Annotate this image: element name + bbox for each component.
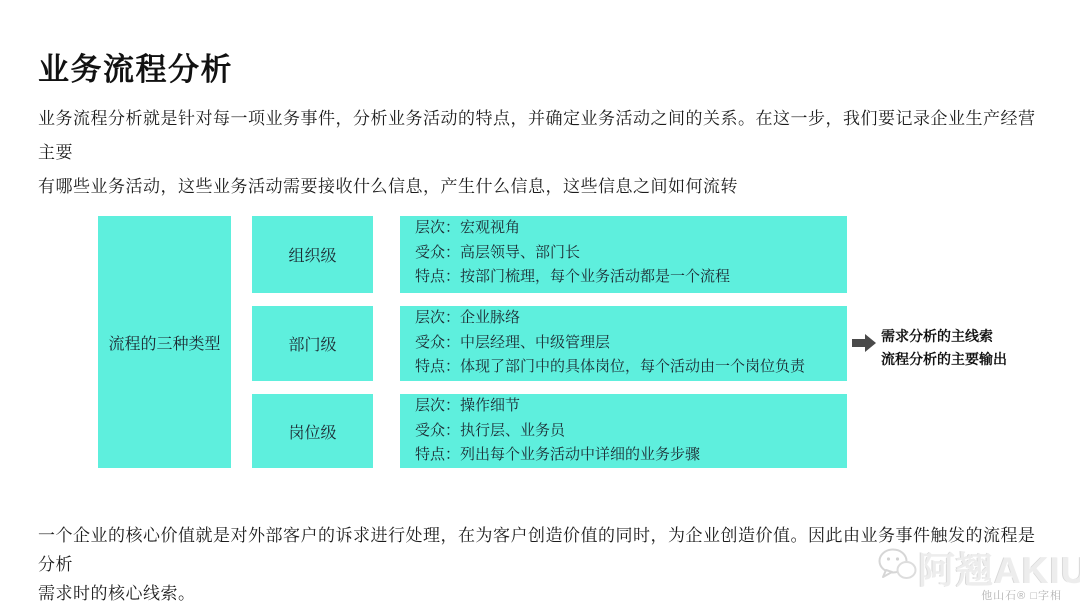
right-block-arrow-icon: [852, 334, 876, 352]
diagram-root-box: 流程的三种类型: [98, 216, 231, 468]
detail-line-feature: 特点：列出每个业务活动中详细的业务步骤: [415, 443, 700, 468]
diagram-level-box-department: 部门级: [252, 306, 373, 381]
diagram-root-label: 流程的三种类型: [108, 331, 220, 354]
watermark-brand: 阿翘AKIU: [918, 540, 1080, 594]
detail-line-level: 层次：企业脉络: [415, 306, 520, 331]
intro-paragraph: 业务流程分析就是针对每一项业务事件，分析业务活动的特点，并确定业务活动之间的关系…: [38, 102, 1048, 204]
diagram-detail-box-position: 层次：操作细节 受众：执行层、业务员 特点：列出每个业务活动中详细的业务步骤: [400, 394, 847, 468]
detail-line-audience: 受众：中层经理、中级管理层: [415, 331, 610, 356]
detail-line-level: 层次：宏观视角: [415, 216, 520, 241]
detail-line-feature: 特点：按部门梳理，每个业务活动都是一个流程: [415, 265, 730, 290]
watermark-credit: 他山石® □字相: [981, 587, 1062, 603]
diagram-detail-box-department: 层次：企业脉络 受众：中层经理、中级管理层 特点：体现了部门中的具体岗位，每个活…: [400, 306, 847, 381]
diagram-level-label: 组织级: [288, 243, 336, 266]
detail-line-level: 层次：操作细节: [415, 394, 520, 419]
output-note-line-2: 流程分析的主要输出: [881, 348, 1007, 371]
diagram-level-box-position: 岗位级: [252, 394, 373, 468]
detail-line-audience: 受众：执行层、业务员: [415, 419, 565, 444]
output-note-line-1: 需求分析的主线索: [881, 325, 1007, 348]
detail-line-feature: 特点：体现了部门中的具体岗位，每个活动由一个岗位负责: [415, 355, 805, 380]
presentation-slide: 业务流程分析 业务流程分析就是针对每一项业务事件，分析业务活动的特点，并确定业务…: [0, 0, 1080, 608]
detail-line-audience: 受众：高层领导、部门长: [415, 241, 580, 266]
intro-line-2: 有哪些业务活动，这些业务活动需要接收什么信息，产生什么信息，这些信息之间如何流转: [38, 170, 1048, 204]
diagram-detail-box-organization: 层次：宏观视角 受众：高层领导、部门长 特点：按部门梳理，每个业务活动都是一个流…: [400, 216, 847, 293]
intro-line-1: 业务流程分析就是针对每一项业务事件，分析业务活动的特点，并确定业务活动之间的关系…: [38, 102, 1048, 170]
wechat-logo-icon: [877, 546, 917, 584]
diagram-level-label: 部门级: [288, 332, 336, 355]
diagram-output-note: 需求分析的主线索 流程分析的主要输出: [881, 325, 1007, 371]
page-title: 业务流程分析: [38, 44, 233, 89]
diagram-level-box-organization: 组织级: [252, 216, 373, 293]
diagram-level-label: 岗位级: [288, 420, 336, 443]
